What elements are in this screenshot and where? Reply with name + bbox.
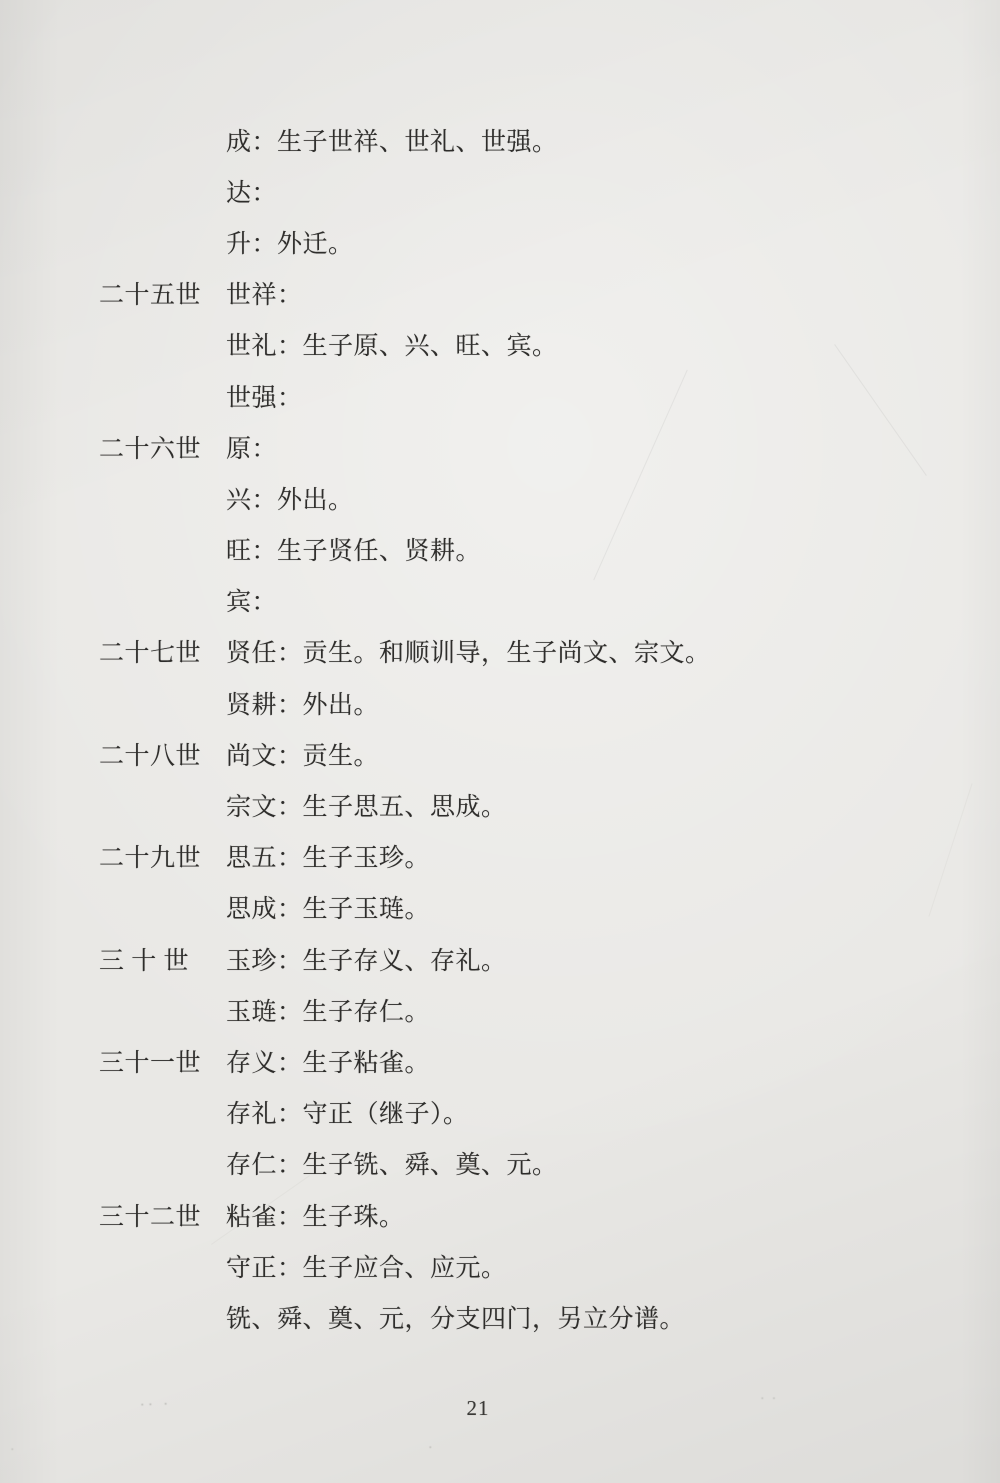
genealogy-line: 二十五世世祥： [0, 268, 1000, 319]
genealogy-line: 二十六世原： [0, 421, 1000, 472]
entry-text: 铣、舜、奠、元，分支四门，另立分谱。 [226, 1299, 1000, 1335]
entry-text: 贤任：贡生。和顺训导，生子尚文、宗文。 [226, 633, 1000, 669]
entry-text: 宾： [226, 582, 1000, 618]
entry-text: 存仁：生子铣、舜、奠、元。 [226, 1145, 1000, 1181]
entry-text: 世礼：生子原、兴、旺、宾。 [226, 326, 1000, 362]
entry-text: 尚文：贡生。 [226, 736, 1000, 772]
genealogy-line: 玉琏：生子存仁。 [0, 984, 1000, 1035]
genealogy-line: 成：生子世祥、世礼、世强。 [0, 114, 1000, 165]
genealogy-text-block: 成：生子世祥、世礼、世强。达：升：外迁。二十五世世祥：世礼：生子原、兴、旺、宾。… [0, 114, 1000, 1343]
entry-text: 贤耕：外出。 [226, 685, 1000, 721]
genealogy-line: 思成：生子玉琏。 [0, 882, 1000, 933]
entry-text: 兴：外出。 [226, 480, 1000, 516]
genealogy-line: 二十九世思五：生子玉珍。 [0, 831, 1000, 882]
genealogy-line: 世礼：生子原、兴、旺、宾。 [0, 319, 1000, 370]
entry-text: 思成：生子玉琏。 [226, 889, 1000, 925]
generation-label: 二十八世 [0, 736, 226, 772]
entry-text: 思五：生子玉珍。 [226, 838, 1000, 874]
entry-text: 存义：生子粘雀。 [226, 1043, 1000, 1079]
entry-text: 存礼：守正（继子）。 [226, 1094, 1000, 1130]
entry-text: 世强： [226, 378, 1000, 414]
genealogy-line: 三 十 世玉珍：生子存义、存礼。 [0, 933, 1000, 984]
generation-label: 二十五世 [0, 275, 226, 311]
generation-label: 二十九世 [0, 838, 226, 874]
generation-label: 三十二世 [0, 1197, 226, 1233]
genealogy-line: 贤耕：外出。 [0, 677, 1000, 728]
generation-label: 二十六世 [0, 429, 226, 465]
page-number: 21 [0, 1396, 956, 1421]
genealogy-line: 二十八世尚文：贡生。 [0, 728, 1000, 779]
genealogy-line: 旺：生子贤任、贤耕。 [0, 524, 1000, 575]
entry-text: 守正：生子应合、应元。 [226, 1248, 1000, 1284]
generation-label: 三 十 世 [0, 941, 226, 977]
entry-text: 粘雀：生子珠。 [226, 1197, 1000, 1233]
genealogy-line: 升：外迁。 [0, 216, 1000, 267]
entry-text: 达： [226, 173, 1000, 209]
entry-text: 成：生子世祥、世礼、世强。 [226, 122, 1000, 158]
genealogy-line: 铣、舜、奠、元，分支四门，另立分谱。 [0, 1291, 1000, 1342]
genealogy-line: 三十一世存义：生子粘雀。 [0, 1035, 1000, 1086]
entry-text: 世祥： [226, 275, 1000, 311]
genealogy-line: 世强： [0, 370, 1000, 421]
entry-text: 宗文：生子思五、思成。 [226, 787, 1000, 823]
genealogy-line: 三十二世粘雀：生子珠。 [0, 1189, 1000, 1240]
entry-text: 原： [226, 429, 1000, 465]
genealogy-line: 存仁：生子铣、舜、奠、元。 [0, 1138, 1000, 1189]
generation-label: 二十七世 [0, 633, 226, 669]
entry-text: 升：外迁。 [226, 224, 1000, 260]
genealogy-line: 达： [0, 165, 1000, 216]
entry-text: 玉琏：生子存仁。 [226, 992, 1000, 1028]
genealogy-line: 二十七世贤任：贡生。和顺训导，生子尚文、宗文。 [0, 626, 1000, 677]
generation-label: 三十一世 [0, 1043, 226, 1079]
entry-text: 玉珍：生子存义、存礼。 [226, 941, 1000, 977]
genealogy-line: 存礼：守正（继子）。 [0, 1087, 1000, 1138]
genealogy-line: 宗文：生子思五、思成。 [0, 779, 1000, 830]
genealogy-line: 宾： [0, 575, 1000, 626]
genealogy-line: 兴：外出。 [0, 472, 1000, 523]
genealogy-line: 守正：生子应合、应元。 [0, 1240, 1000, 1291]
entry-text: 旺：生子贤任、贤耕。 [226, 531, 1000, 567]
